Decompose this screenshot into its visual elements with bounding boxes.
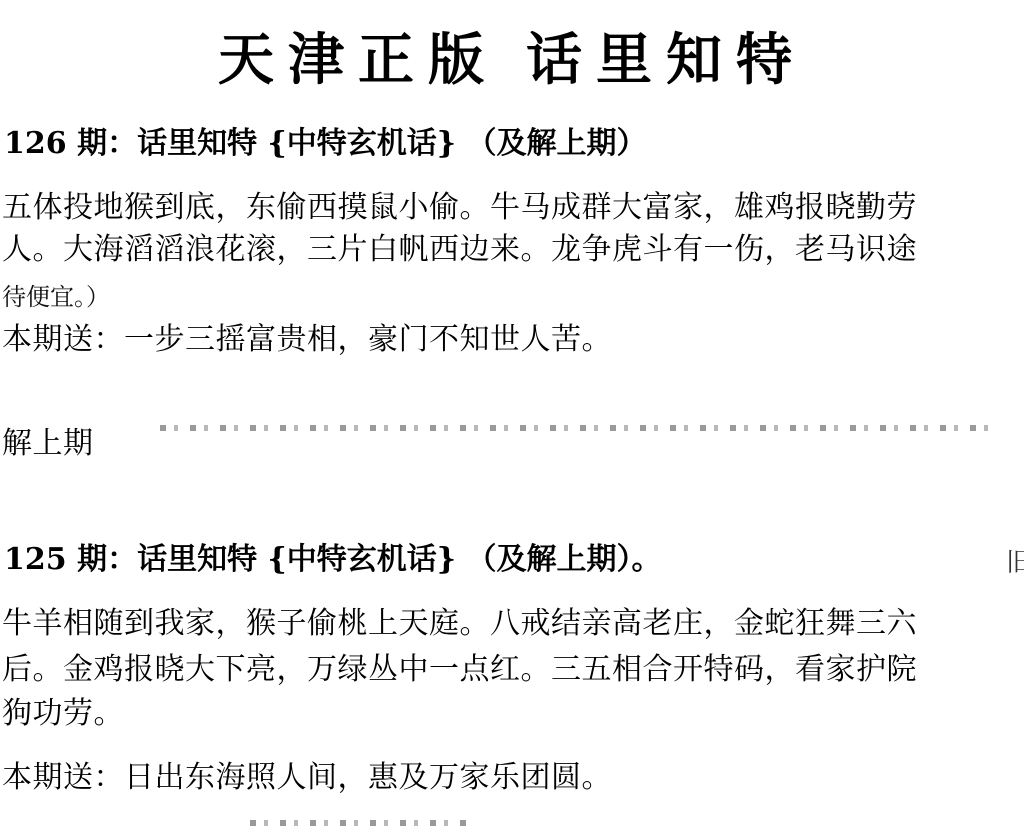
gift-line: 本期送：一步三摇富贵相，豪门不知世人苦。: [2, 320, 612, 360]
riddle-line: 后。金鸡报晓大下亮，万绿丛中一点红。三五相合开特码，看家护院: [2, 650, 917, 690]
page-title: 天津正版话里知特: [0, 22, 1024, 98]
edge-fragment: 旧: [1006, 548, 1024, 578]
riddle-line: 人。大海滔滔浪花滚，三片白帆西边来。龙争虎斗有一伤，老马识途: [2, 230, 917, 270]
faded-solution-text: [160, 425, 1000, 431]
riddle-line: 牛羊相随到我家，猴子偷桃上天庭。八戒结亲高老庄，金蛇狂舞三六: [2, 604, 917, 644]
title-part-1: 天津正版: [218, 27, 498, 93]
issue-heading: 125 期：话里知特 {中特玄机话} （及解上期）。: [4, 540, 662, 580]
solution-label: 解上期: [2, 424, 94, 464]
faded-footer-text: [250, 820, 470, 826]
riddle-line: 五体投地猴到底，东偷西摸鼠小偷。牛马成群大富家，雄鸡报晓勤劳: [2, 188, 917, 228]
title-part-2: 话里知特: [526, 27, 806, 93]
riddle-line: 狗功劳。: [2, 694, 124, 734]
riddle-line: 待便宜。）: [2, 282, 110, 312]
gift-line: 本期送：日出东海照人间，惠及万家乐团圆。: [2, 758, 612, 798]
issue-heading: 126 期：话里知特 {中特玄机话} （及解上期）: [4, 124, 647, 164]
